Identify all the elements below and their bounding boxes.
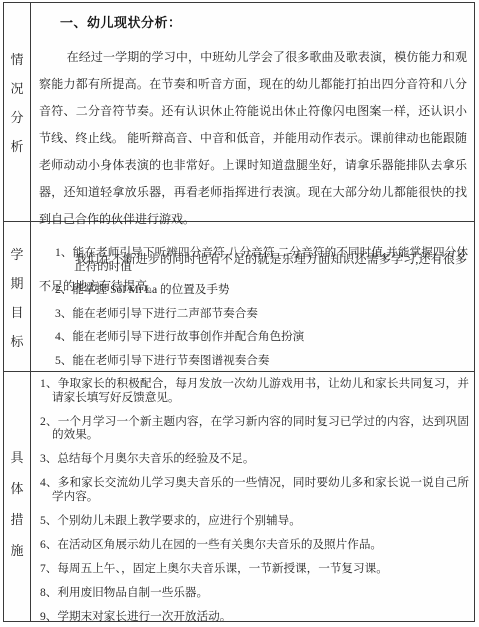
analysis-paragraph-1: 在经过一学期的学习中，中班幼儿学会了很多歌曲及歌表演，模仿能力和观察能力都有所提…	[39, 44, 467, 233]
scanned-document-page: { "document": { "rows": [ { "header": ["…	[0, 0, 479, 627]
measure-item: 9、学期末对家长进行一次开放活动。	[40, 610, 469, 623]
measure-item: 8、利用废旧物品自制一些乐器。	[40, 586, 469, 600]
header-char: 措	[10, 509, 23, 528]
header-char: 体	[10, 478, 23, 497]
goal-item: 3、能在老师引导下进行二声部节奏合奏	[55, 307, 468, 321]
header-char: 施	[10, 540, 23, 559]
goal-item: 4、能在老师引导下进行故事创作并配合角色扮演	[55, 330, 468, 344]
row-header-concrete-measures: 具 体 措 施	[4, 372, 31, 622]
measure-item: 3、总结每个月奥尔夫音乐的经验及不足。	[40, 452, 469, 466]
concrete-measures-cell: 1、争取家长的积极配合，每月发放一次幼儿游戏用书，让幼儿和家长共同复习，并请家长…	[31, 372, 474, 622]
situation-analysis-cell: 一、幼儿现状分析： 在经过一学期的学习中，中班幼儿学会了很多歌曲及歌表演，模仿能…	[31, 3, 474, 222]
measure-item: 6、在活动区角展示幼儿在园的一些有关奥尔夫音乐的及照片作品。	[40, 538, 469, 552]
goal-item: 2、能掌握 Sol Mi La 的位置及手势	[55, 283, 468, 297]
measure-item: 2、一个月学习一个新主题内容，在学习新内容的同时复习已学过的内容，达到巩固的效果…	[40, 415, 469, 442]
goal-item: 5、能在老师引导下进行节奏图谱视奏合奏	[55, 354, 468, 368]
row-header-situation-analysis: 情 况 分 析	[4, 3, 31, 222]
header-char: 析	[10, 136, 23, 155]
measure-item: 5、个别幼儿未跟上教学要求的，应进行个别辅导。	[40, 514, 469, 528]
plan-table: 情 况 分 析 一、幼儿现状分析： 在经过一学期的学习中，中班幼儿学会了很多歌曲…	[3, 2, 475, 622]
header-char: 标	[10, 331, 23, 350]
measure-item: 7、每周五上午、，固定上奥尔夫音乐课，一节新授课，一节复习课。	[40, 562, 469, 576]
row-header-semester-goals: 学 期 目 标	[4, 222, 31, 372]
header-char: 情	[10, 49, 23, 68]
semester-goals-cell: 1、能在老师引导下听辨四分音符 八分音符 二分音符的不同时值,并能掌握四分休止符…	[31, 222, 474, 372]
header-char: 况	[10, 78, 23, 97]
measure-item: 1、争取家长的积极配合，每月发放一次幼儿游戏用书，让幼儿和家长共同复习，并请家长…	[40, 377, 469, 404]
header-char: 期	[10, 273, 23, 292]
goal-item: 1、能在老师引导下听辨四分音符 八分音符 二分音符的不同时值,并能掌握四分休止符…	[55, 246, 468, 273]
header-char: 学	[10, 244, 23, 263]
section-title: 一、幼儿现状分析：	[60, 12, 467, 31]
header-char: 目	[10, 302, 23, 321]
header-char: 分	[10, 107, 23, 126]
header-char: 具	[10, 447, 23, 466]
measure-item: 4、多和家长交流幼儿学习奥夫音乐的一些情况，同时要幼儿多和家长说一说自己所学内容…	[40, 476, 469, 503]
